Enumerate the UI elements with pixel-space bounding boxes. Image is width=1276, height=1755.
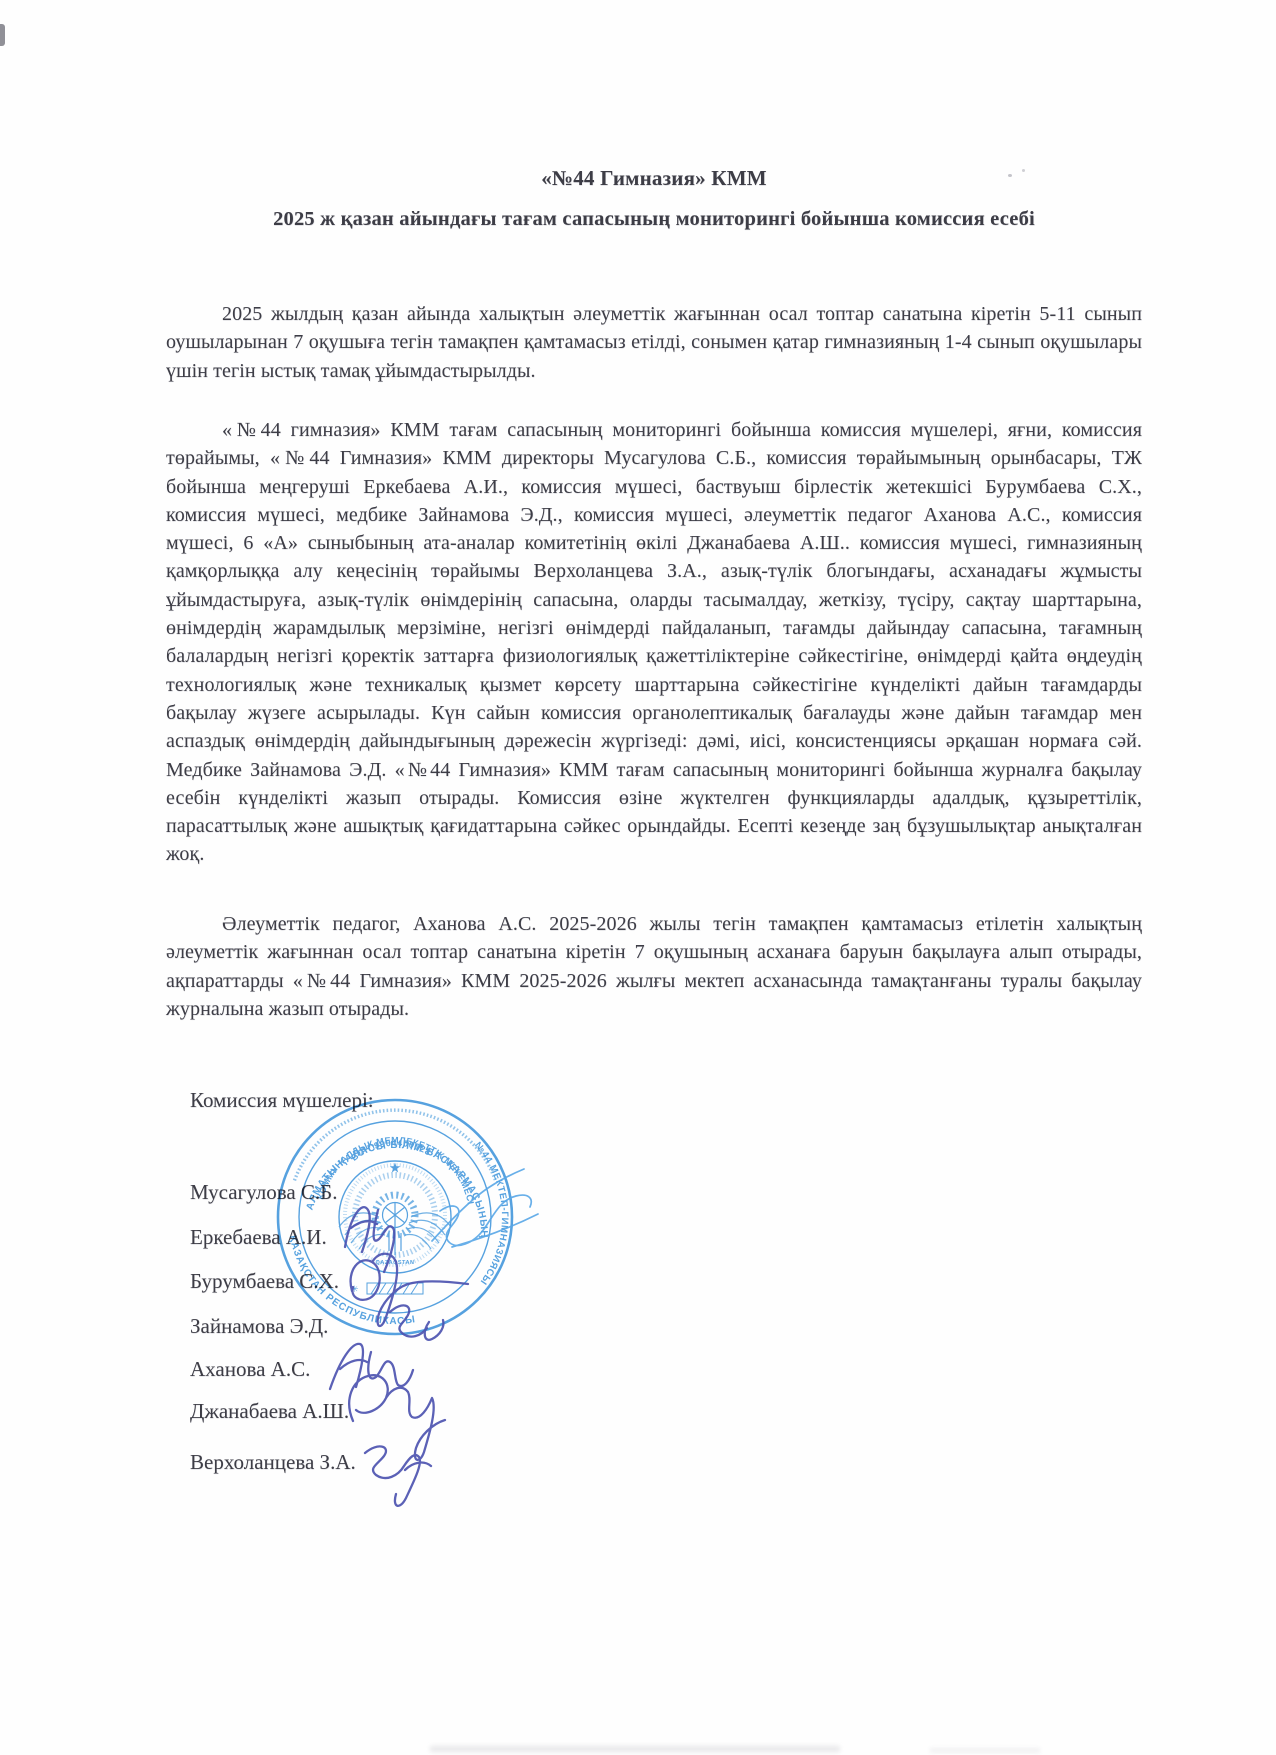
member-verkholantseva: Верхоланцева З.А. bbox=[190, 1450, 356, 1475]
stamp-hatched-banner: ✳ bbox=[351, 1283, 423, 1294]
signature-akhanova bbox=[330, 1344, 413, 1389]
paragraph-intro: 2025 жылдың қазан айында халықтын әлеуме… bbox=[166, 300, 1142, 385]
signature-zainamova bbox=[390, 1305, 443, 1339]
document-subtitle: 2025 ж қазан айындағы тағам сапасының мо… bbox=[146, 208, 1162, 231]
ink-overlay: ҚАЗАҚСТАН РЕСПУБЛИКАСЫ №44 МЕКТЕП-ГИМНАЗ… bbox=[0, 0, 1276, 1755]
emblem-star-icon bbox=[390, 1163, 400, 1173]
paragraph-commission: «№44 гимназия» КММ тағам сапасының монит… bbox=[166, 416, 1142, 869]
member-erkebaeva: Еркебаева А.И. bbox=[190, 1225, 327, 1250]
scan-speck bbox=[1008, 174, 1012, 177]
member-burumbaeva: Бурумбаева С.Х. bbox=[190, 1269, 339, 1294]
official-stamp-icon: ҚАЗАҚСТАН РЕСПУБЛИКАСЫ №44 МЕКТЕП-ГИМНАЗ… bbox=[278, 1100, 512, 1334]
stamp-band-line2-text: КОММУНАЛДЫҚ МЕМЛЕКЕТТІК МЕКЕМЕСІ bbox=[315, 1135, 476, 1205]
member-zainamova: Зайнамова Э.Д. bbox=[190, 1314, 328, 1339]
stamp-band-line3-text: БСН 9904400028 bbox=[349, 1138, 433, 1163]
members-heading: Комиссия мүшелері: bbox=[190, 1088, 374, 1113]
kazakhstan-emblem-icon: QAZAQSTAN bbox=[339, 1163, 451, 1267]
signature-burumbaeva bbox=[351, 1254, 468, 1326]
stamp-microtext-band bbox=[295, 1110, 496, 1180]
member-dzhanabaeva: Джанабаева А.Ш. bbox=[190, 1399, 349, 1424]
member-akhanova: Аханова А.С. bbox=[190, 1357, 310, 1382]
signature-dzhanabaeva bbox=[349, 1375, 445, 1460]
paragraph-2-text: «№44 гимназия» КММ тағам сапасының монит… bbox=[166, 416, 1142, 869]
member-musagulova: Мусагулова С.Б. bbox=[190, 1180, 338, 1205]
paragraph-3-text: Әлеуметтік педагог, Аханова А.С. 2025-20… bbox=[166, 910, 1142, 1023]
signature-musagulova bbox=[432, 1169, 538, 1247]
svg-text:КОММУНАЛДЫҚ МЕМЛЕКЕТТІК МЕКЕМЕ: КОММУНАЛДЫҚ МЕМЛЕКЕТТІК МЕКЕМЕСІ bbox=[315, 1135, 476, 1205]
emblem-banner-text: QAZAQSTAN bbox=[376, 1260, 415, 1266]
paragraph-social-pedagog: Әлеуметтік педагог, Аханова А.С. 2025-20… bbox=[166, 910, 1142, 1023]
signature-erkebaeva bbox=[345, 1207, 394, 1272]
svg-text:БСН 9904400028: БСН 9904400028 bbox=[349, 1138, 433, 1163]
scanned-report-page: «№44 Гимназия» КММ 2025 ж қазан айындағы… bbox=[0, 0, 1276, 1755]
signature-verkholantseva bbox=[365, 1446, 431, 1505]
document-title: «№44 Гимназия» КММ bbox=[166, 166, 1142, 191]
scan-edge-artifact bbox=[0, 24, 5, 46]
scan-smudge bbox=[930, 1747, 1040, 1754]
paragraph-1-text: 2025 жылдың қазан айында халықтын әлеуме… bbox=[166, 300, 1142, 385]
scan-smudge bbox=[430, 1744, 840, 1754]
svg-text:№44 МЕКТЕП-ГИМНАЗИЯСЫ: №44 МЕКТЕП-ГИМНАЗИЯСЫ bbox=[472, 1140, 510, 1287]
stamp-ring-right-text: №44 МЕКТЕП-ГИМНАЗИЯСЫ bbox=[472, 1140, 510, 1287]
scan-speck bbox=[1022, 169, 1025, 172]
stamp-asterisk: ✳ bbox=[351, 1284, 359, 1294]
